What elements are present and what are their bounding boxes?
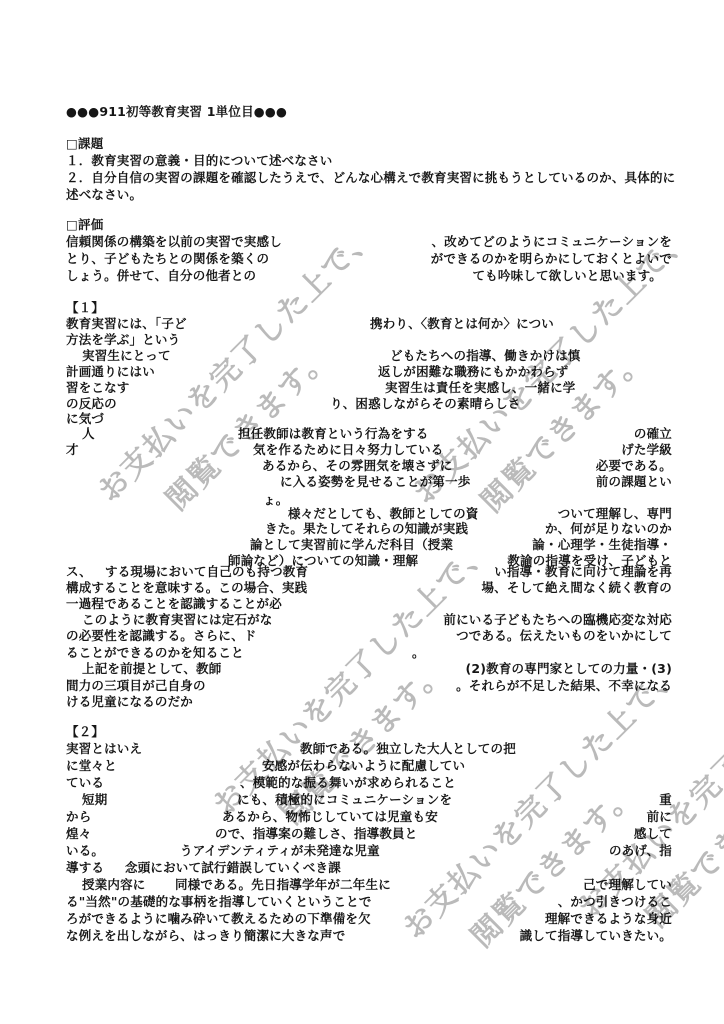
- text-fragment: 携わり、〈教育とは何か〉につい: [370, 316, 554, 332]
- text-line: の必要性を認識する。さらに、ドつである。伝えたいものをいかにして: [0, 628, 724, 645]
- text-fragment: ので、指導案の難しさ、指導教員と: [215, 826, 417, 842]
- text-fragment: 識して指導していきたい。: [520, 928, 672, 944]
- text-fragment: い指導・教育に向けて理論を再: [494, 564, 672, 580]
- text-line: 構成することを意味する。この場合、実践場、そして絶え間なく続く教育の: [0, 580, 724, 597]
- text-fragment: にも、積極的にコミュニケーションを: [237, 792, 452, 808]
- text-line: に入る姿勢を見せることが第一歩前の課題とい: [0, 474, 724, 491]
- text-line: 実習とはいえ教師である。独立した大人としての把: [0, 741, 724, 758]
- text-line: □評価: [0, 217, 724, 234]
- text-fragment: に気づ: [66, 411, 104, 427]
- text-fragment: に堂々と: [66, 758, 117, 774]
- text-line: 【１】: [0, 300, 724, 317]
- document-title-line: ●●●911初等教育実習 1単位目●●●: [0, 104, 724, 121]
- text-fragment: しょう。併せて、自分の他者との: [66, 268, 256, 284]
- text-fragment: とり、子どもたちとの関係を築くの: [66, 251, 269, 267]
- text-line: きた。果たしてそれらの知識が実践か、何が足りないのか: [0, 521, 724, 538]
- text-fragment: ができるのかを明らかにしておくとよいで: [431, 251, 672, 267]
- text-line: 人担任教師は教育という行為をするの確立: [0, 426, 724, 443]
- text-fragment: 上記を前提として、教師: [82, 661, 221, 677]
- text-line: 方法を学ぶ」という: [0, 332, 724, 349]
- text-fragment: ついて理解し、専門: [558, 506, 672, 522]
- text-line: 短期にも、積極的にコミュニケーションを重: [0, 792, 724, 809]
- text-line: 上記を前提として、教師(2)教育の専門家としての力量・(3): [0, 661, 724, 678]
- text-line: ている、模範的な振る舞いが求められること: [0, 775, 724, 792]
- text-line: 教育実習には、「子ど携わり、〈教育とは何か〉につい: [0, 316, 724, 333]
- text-fragment: 必要である。: [596, 458, 672, 474]
- text-fragment: 間力の三項目が己自身の: [66, 678, 206, 694]
- text-fragment: ける児童になるのだか: [66, 694, 193, 710]
- text-line: ２．自分自信の実習の課題を確認したうえで、どんな心構えで教育実習に挑もうとしてい…: [0, 170, 724, 187]
- text-fragment: 短期: [82, 792, 107, 808]
- text-line: 導する念頭において試行錯誤していくべき課: [0, 860, 724, 877]
- text-fragment: うアイデンティティが未発達な児童: [180, 843, 380, 859]
- text-fragment: の確立: [634, 426, 672, 442]
- text-line: あるから、その雰囲気を壊さずに必要である。: [0, 458, 724, 475]
- text-fragment: する現場において自己のも持つ教育: [105, 564, 308, 580]
- text-fragment: 。それらが不足した結果、不幸になる: [456, 678, 672, 694]
- text-fragment: 担任教師は教育という行為をする: [238, 426, 429, 442]
- text-fragment: 習をこなす: [66, 380, 130, 396]
- text-fragment: 論として実習前に学んだ科目（授業: [250, 537, 453, 553]
- text-fragment: 授業内容に: [82, 877, 146, 893]
- text-fragment: 念頭において試行錯誤していくべき課: [125, 860, 341, 876]
- text-fragment: ス、: [66, 564, 92, 580]
- text-fragment: (2)教育の専門家としての力量・(3): [465, 661, 672, 677]
- text-line: 論として実習前に学んだ科目（授業論・心理学・生徒指導・: [0, 537, 724, 554]
- text-fragment: 【１】: [66, 300, 104, 316]
- text-fragment: どもたちへの指導、働きかけは慎: [390, 348, 581, 364]
- text-fragment: □評価: [66, 217, 103, 233]
- text-line: 習をこなす実習生は責任を実感し、一緒に学: [0, 380, 724, 397]
- text-fragment: の反応の: [66, 396, 117, 412]
- text-fragment: 場、そして絶え間なく続く教育の: [481, 580, 672, 596]
- text-fragment: □課題: [66, 136, 103, 152]
- text-fragment: 才: [66, 442, 79, 458]
- text-line: いる。うアイデンティティが未発達な児童のあげ、指: [0, 843, 724, 860]
- text-fragment: か、何が足りないのか: [545, 521, 672, 537]
- text-fragment: 述べなさい。: [66, 187, 142, 203]
- text-fragment: あるから、その雰囲気を壊さずに: [262, 458, 453, 474]
- text-fragment: ２．自分自信の実習の課題を確認したうえで、どんな心構えで教育実習に挑もうとしてい…: [66, 170, 675, 186]
- text-fragment: 教育実習には、「子ど: [66, 316, 187, 332]
- text-line: 実習生にとってどもたちへの指導、働きかけは慎: [0, 348, 724, 365]
- text-line: □課題: [0, 136, 724, 153]
- text-fragment: 論・心理学・生徒指導・: [532, 537, 672, 553]
- text-fragment: 、模範的な振る舞いが求められること: [240, 775, 456, 791]
- text-line: とり、子どもたちとの関係を築くのができるのかを明らかにしておくとよいで: [0, 251, 724, 268]
- text-fragment: ても吟味して欲しいと思います。: [472, 268, 662, 284]
- text-fragment: 、改めてどのようにコミュニケーションを: [431, 234, 672, 250]
- text-fragment: 安感が伝わらないように配慮してい: [262, 758, 465, 774]
- text-line: 才気を作るために日々努力しているげた学級: [0, 442, 724, 459]
- text-fragment: 、かつ引きつけるこ: [558, 894, 672, 910]
- text-fragment: 実習生にとって: [82, 348, 171, 364]
- text-fragment: ●●●911初等教育実習 1単位目●●●: [66, 104, 287, 120]
- text-fragment: 煌々: [66, 826, 91, 842]
- text-line: 授業内容に同様である。先日指導学年が二年生に己で理解してい: [0, 877, 724, 894]
- text-fragment: 様々だとしても、教師としての資: [288, 506, 479, 522]
- text-line: な例えを出しながら、はっきり簡潔に大きな声で識して指導していきたい。: [0, 928, 724, 945]
- text-line: 計画通りにはい返しが困難な職務にもかかわらず: [0, 364, 724, 381]
- text-line: ることができるのかを知ること。: [0, 645, 724, 662]
- text-line: しょう。併せて、自分の他者とのても吟味して欲しいと思います。: [0, 268, 724, 285]
- text-fragment: あるから、物怖じしていては児童も安: [222, 809, 438, 825]
- document-page: ●●●911初等教育実習 1単位目●●●□課題１．教育実習の意義・目的について述…: [0, 0, 724, 1024]
- text-line: 煌々ので、指導案の難しさ、指導教員と感して: [0, 826, 724, 843]
- text-fragment: 実習とはいえ: [66, 741, 142, 757]
- text-line: このように教育実習には定石がな前にいる子どもたちへの臨機応変な対応: [0, 612, 724, 629]
- text-fragment: 。: [412, 645, 425, 661]
- text-fragment: 導する: [66, 860, 104, 876]
- text-fragment: り、困惑しながらその素晴らしさ: [330, 396, 521, 412]
- text-fragment: の必要性を認識する。さらに、ド: [66, 628, 257, 644]
- text-fragment: げた学級: [621, 442, 672, 458]
- text-fragment: から: [66, 809, 91, 825]
- text-fragment: 感して: [634, 826, 672, 842]
- text-fragment: このように教育実習には定石がな: [82, 612, 273, 628]
- text-line: 【２】: [0, 724, 724, 741]
- text-fragment: つである。伝えたいものをいかにして: [456, 628, 672, 644]
- text-line: 一過程であることを認識することが必: [0, 596, 724, 613]
- text-line: に堂々と安感が伝わらないように配慮してい: [0, 758, 724, 775]
- text-line: 述べなさい。: [0, 187, 724, 204]
- text-fragment: 理解できるような身近: [545, 911, 672, 927]
- text-fragment: のあげ、指: [609, 843, 672, 859]
- text-line: る"当然"の基礎的な事柄を指導していくということで、かつ引きつけるこ: [0, 894, 724, 911]
- text-fragment: 方法を学ぶ」という: [66, 332, 180, 348]
- text-fragment: １．教育実習の意義・目的について述べなさい: [66, 153, 332, 169]
- text-fragment: きた。果たしてそれらの知識が実践: [265, 521, 468, 537]
- text-fragment: に入る姿勢を見せることが第一歩: [280, 474, 471, 490]
- text-fragment: いる。: [66, 843, 104, 859]
- text-line: 信頼関係の構築を以前の実習で実感し、改めてどのようにコミュニケーションを: [0, 234, 724, 251]
- text-fragment: 返しが困難な職務にもかかわらず: [378, 364, 569, 380]
- text-line: １．教育実習の意義・目的について述べなさい: [0, 153, 724, 170]
- text-fragment: ている: [66, 775, 104, 791]
- text-line: ス、する現場において自己のも持つ教育い指導・教育に向けて理論を再: [0, 564, 724, 581]
- text-fragment: 前にいる子どもたちへの臨機応変な対応: [443, 612, 672, 628]
- text-fragment: ることができるのかを知ること: [66, 645, 244, 661]
- text-fragment: ろができるように噛み砕いて教えるための下準備を欠: [66, 911, 371, 927]
- text-fragment: 気を作るために日々努力している: [253, 442, 444, 458]
- text-line: 間力の三項目が己自身の。それらが不足した結果、不幸になる: [0, 678, 724, 695]
- text-fragment: 教師である。独立した大人としての把: [300, 741, 516, 757]
- text-fragment: 前に: [647, 809, 672, 825]
- text-fragment: な例えを出しながら、はっきり簡潔に大きな声で: [66, 928, 345, 944]
- text-line: からあるから、物怖じしていては児童も安前に: [0, 809, 724, 826]
- text-fragment: 【２】: [66, 724, 104, 740]
- text-fragment: 構成することを意味する。この場合、実践: [66, 580, 307, 596]
- text-fragment: 一過程であることを認識することが必: [66, 596, 282, 612]
- text-fragment: 計画通りにはい: [66, 364, 155, 380]
- text-fragment: 同様である。先日指導学年が二年生に: [175, 877, 391, 893]
- text-fragment: 人: [82, 426, 95, 442]
- text-fragment: 前の課題とい: [596, 474, 672, 490]
- text-line: ける児童になるのだか: [0, 694, 724, 711]
- text-line: ろができるように噛み砕いて教えるための下準備を欠理解できるような身近: [0, 911, 724, 928]
- text-fragment: 実習生は責任を実感し、一緒に学: [385, 380, 576, 396]
- text-fragment: 重: [659, 792, 672, 808]
- text-fragment: る"当然"の基礎的な事柄を指導していくということで: [66, 894, 372, 910]
- text-fragment: 信頼関係の構築を以前の実習で実感し: [66, 234, 282, 250]
- text-fragment: 己で理解してい: [583, 877, 672, 893]
